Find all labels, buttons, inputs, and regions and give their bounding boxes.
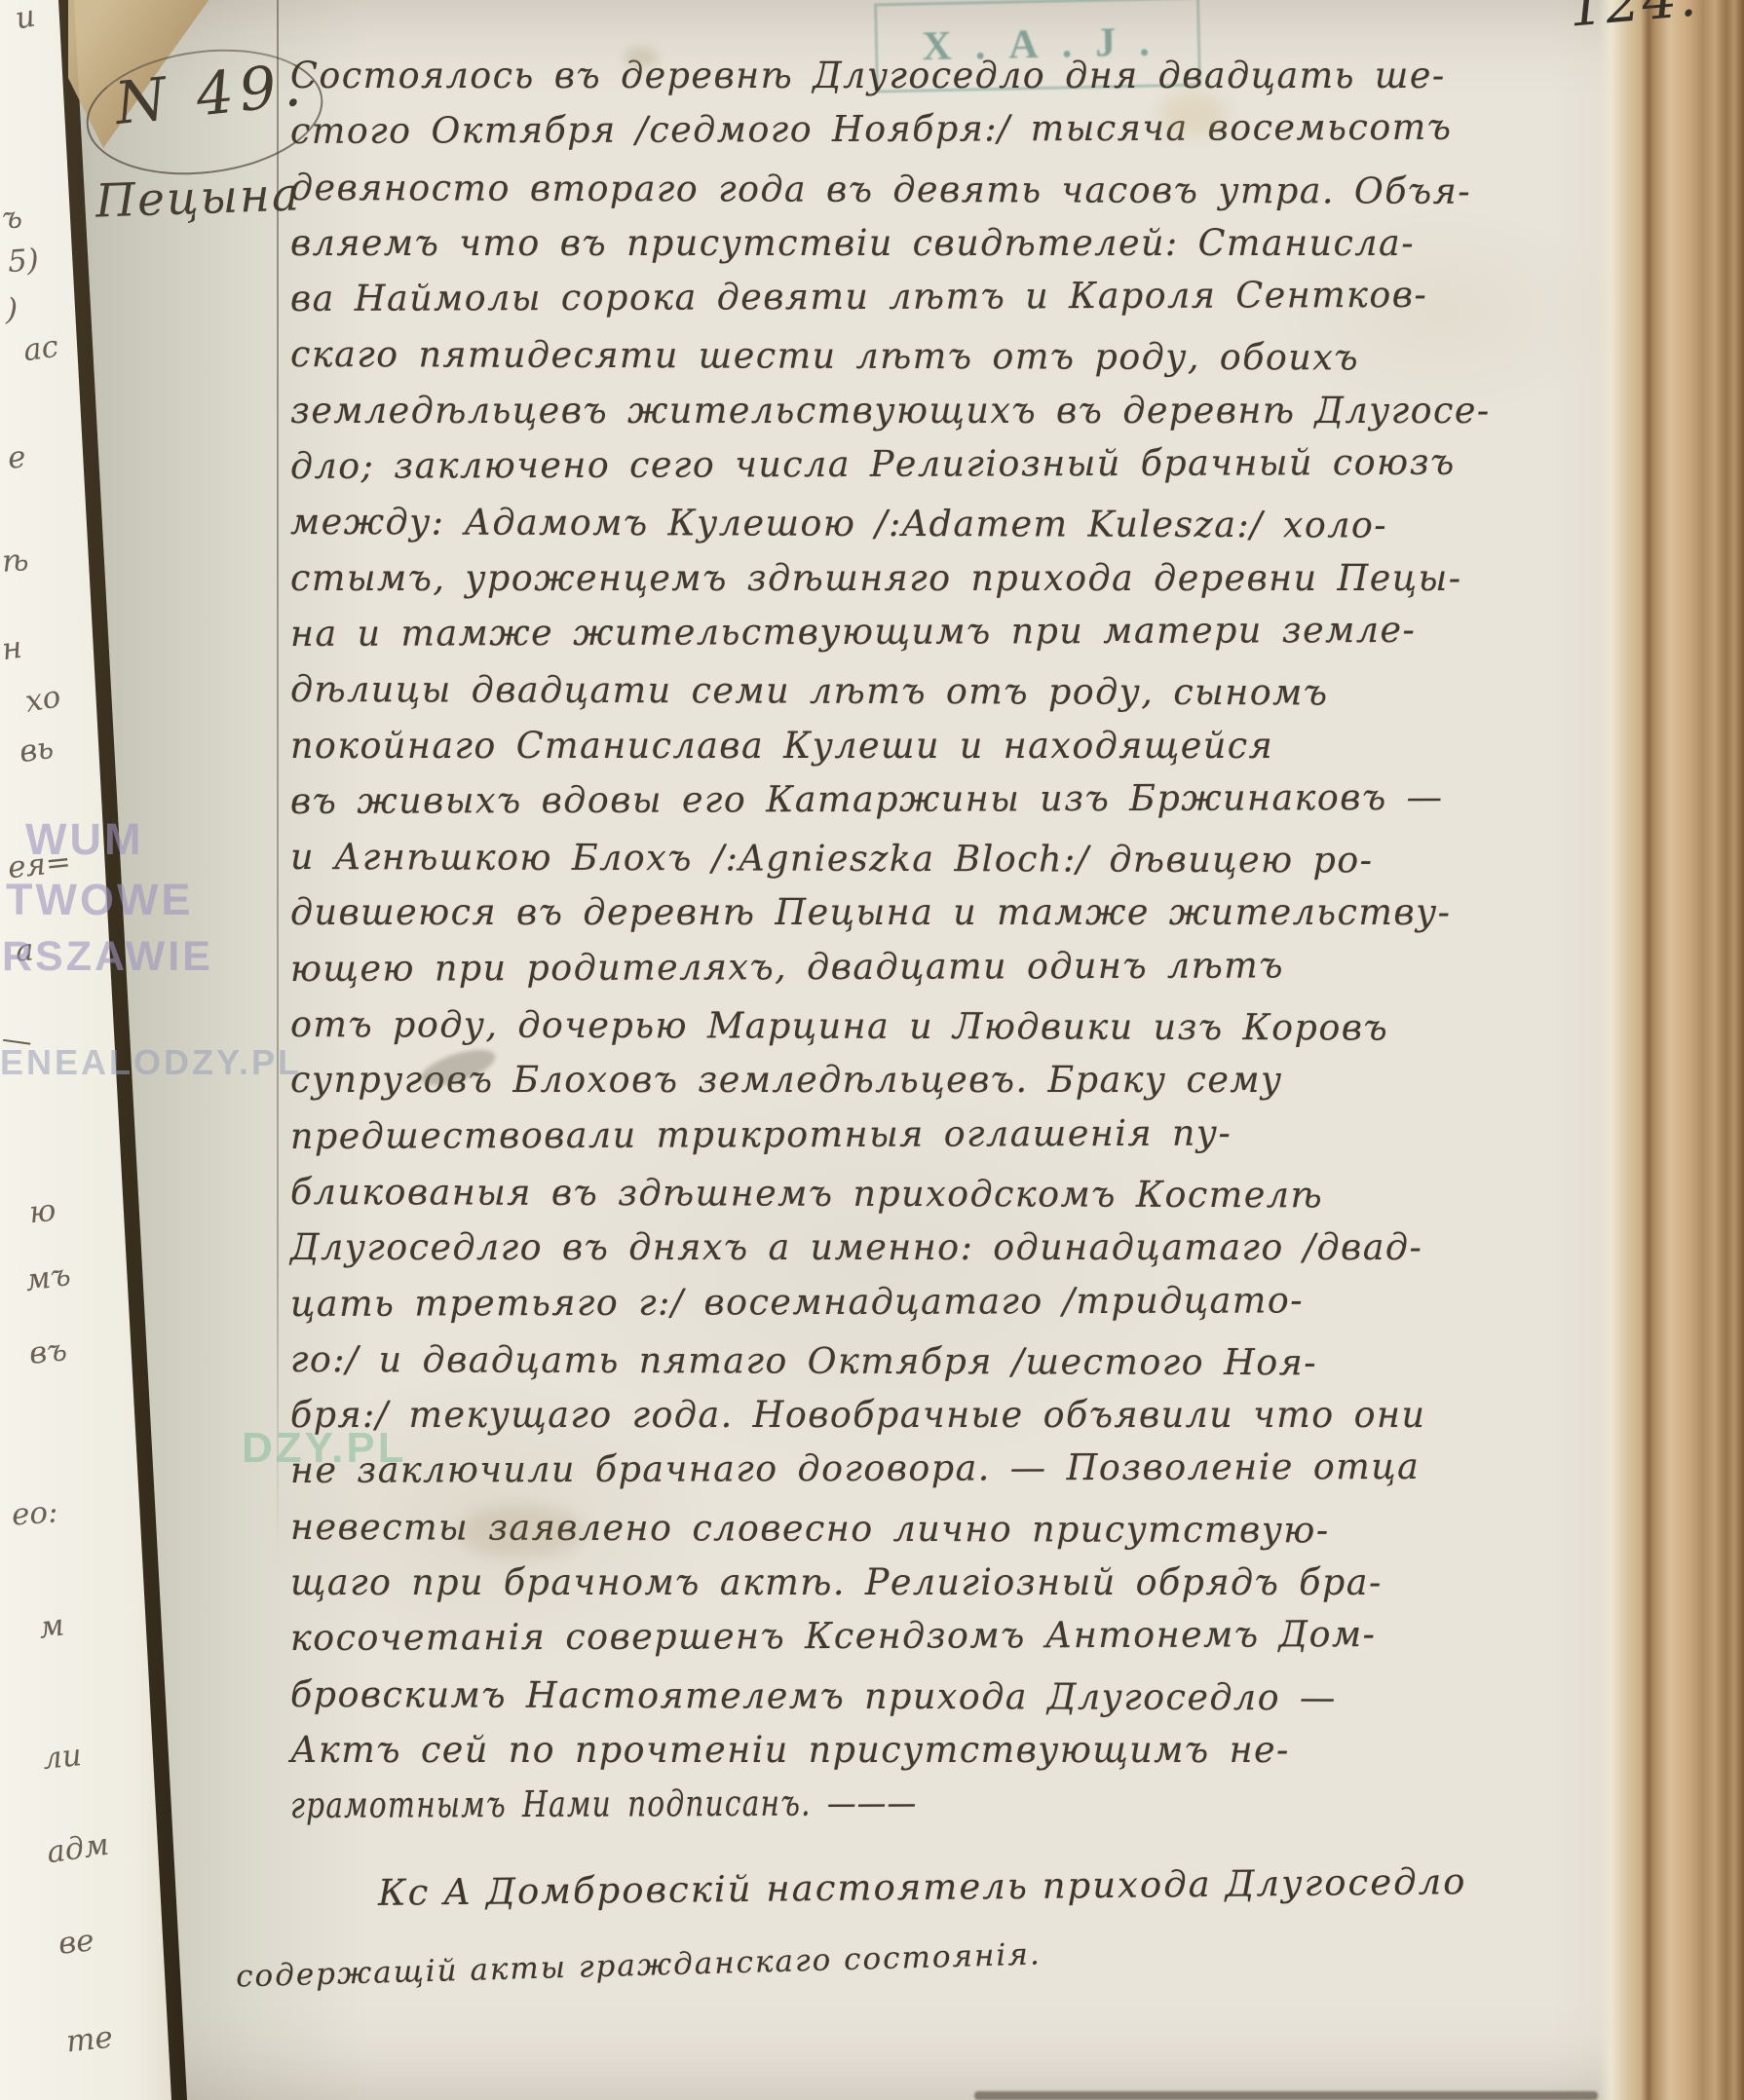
record-line: щаго при брачномъ актѣ. Религіозный обря… — [290, 1561, 1594, 1617]
record-line: между: Адамомъ Кулешою /:Adamem Kulesza:… — [290, 501, 1594, 561]
edge-text-fragment: ас — [21, 329, 61, 369]
edge-text-fragment: ео: — [11, 1494, 59, 1532]
paper-stain — [1159, 93, 1228, 136]
watermark-text: RSZAWIE — [2, 933, 213, 981]
record-line: ва Наймолы сорока девяти лѣтъ и Кароля С… — [290, 273, 1594, 333]
record-line: цать третьяго г:/ восемнадцатаго /тридца… — [290, 1278, 1594, 1338]
record-line: бликованыя въ здѣшнемъ приходскомъ Косте… — [290, 1171, 1594, 1231]
paper-stain — [458, 1505, 585, 1558]
record-line: бровскимъ Настоятелемъ прихода Длугоседл… — [290, 1673, 1594, 1734]
edge-text-fragment: хо — [22, 679, 63, 720]
edge-text-fragment: ъ — [0, 200, 23, 237]
record-line: стымъ, уроженцемъ здѣшняго прихода дерев… — [290, 557, 1594, 613]
edge-text-fragment: ю — [27, 1193, 57, 1231]
record-line: вляемъ что въ присутствіи свидѣтелей: Ст… — [290, 222, 1594, 278]
watermark-text: TWOWE — [6, 875, 193, 925]
record-line: Длугоседлго въ дняхъ а именно: одинадцат… — [290, 1226, 1594, 1282]
edge-text-fragment: ) — [6, 292, 18, 327]
edge-text-fragment: и — [13, 0, 38, 36]
edge-text-fragment: ве — [57, 1923, 95, 1962]
edge-text-fragment: 5) — [7, 243, 40, 280]
record-line: дло; заключено сего числа Религіозный бр… — [290, 440, 1594, 501]
record-line: Актъ сей по прочтеніи присутствующимъ не… — [290, 1729, 1594, 1784]
edge-text-fragment: е — [6, 439, 27, 476]
edge-text-fragment: вь — [18, 731, 57, 770]
signature-line-2: содержащій акты гражданскаго состоянія. — [236, 1936, 1043, 1994]
book-page-edges — [1598, 0, 1744, 2100]
record-text: Состоялось въ деревнѣ Длугоседло дня два… — [290, 55, 1615, 1841]
edge-text-fragment: адм — [45, 1827, 111, 1871]
bottom-page-edge — [974, 2091, 1598, 2100]
paper-stain — [624, 47, 659, 68]
watermark-text: DZY.PL — [242, 1424, 407, 1473]
edge-text-fragment: н — [0, 630, 24, 667]
record-line: на и тамже жительствующимъ при матери зе… — [290, 608, 1594, 668]
edge-text-fragment: те — [64, 2020, 114, 2060]
edge-text-fragment: въ — [27, 1332, 68, 1371]
record-line: предшествовали трикротныя оглашенія пу- — [290, 1110, 1594, 1171]
margin-place-name: Пецына — [95, 168, 302, 228]
watermark-text: ENEALODZY.PL — [0, 1042, 302, 1083]
record-line: Состоялось въ деревнѣ Длугоседло дня два… — [290, 55, 1594, 110]
record-line: стого Октября /седмого Ноября:/ тысяча в… — [290, 106, 1594, 167]
edge-text-fragment: ли — [41, 1738, 83, 1777]
record-line: и Агнѣшкою Блохъ /:Agnieszka Bloch:/ дѣв… — [290, 836, 1594, 896]
register-page-scan: иъ5))асеѣнховьея=а—юмъвъео:млиадмвете 12… — [0, 0, 1744, 2100]
record-line: покойнаго Станислава Кулеши и находящейс… — [290, 725, 1594, 780]
edge-text-fragment: мъ — [23, 1257, 73, 1298]
margin-rule-line — [277, 0, 279, 1558]
record-line: въ живыхъ вдовы его Катаржины изъ Бржина… — [290, 775, 1594, 836]
record-line: ющею при родителяхъ, двадцати одинъ лѣтъ — [290, 943, 1594, 1003]
record-line: дившеюся въ деревнѣ Пецына и тамже жител… — [290, 891, 1594, 947]
record-line: девяносто втораго года въ девять часовъ … — [290, 167, 1594, 227]
watermark-text: WUM — [25, 814, 143, 865]
record-line: бря:/ текущаго года. Новобрачные объявил… — [290, 1394, 1594, 1449]
record-line: косочетанія совершенъ Ксендзомъ Антонемъ… — [290, 1613, 1594, 1673]
record-line: земледѣльцевъ жительствующихъ въ деревнѣ… — [290, 390, 1594, 445]
edge-text-fragment: м — [37, 1607, 66, 1645]
edge-text-fragment: ѣ — [1, 543, 30, 580]
record-line: дѣлицы двадцати семи лѣтъ отъ роду, сыно… — [290, 668, 1594, 729]
record-line: скаго пятидесяти шести лѣтъ отъ роду, об… — [290, 333, 1594, 394]
record-line: го:/ и двадцать пятаго Октября /шестого … — [290, 1338, 1594, 1399]
signature-line-1: Кс А Домбровскій настоятель прихода Длуг… — [378, 1860, 1467, 1914]
record-line: грамотнымъ Нами подписанъ. ——— — [290, 1780, 1350, 1840]
record-line: не заключили брачнаго договора. — Позвол… — [290, 1445, 1594, 1506]
